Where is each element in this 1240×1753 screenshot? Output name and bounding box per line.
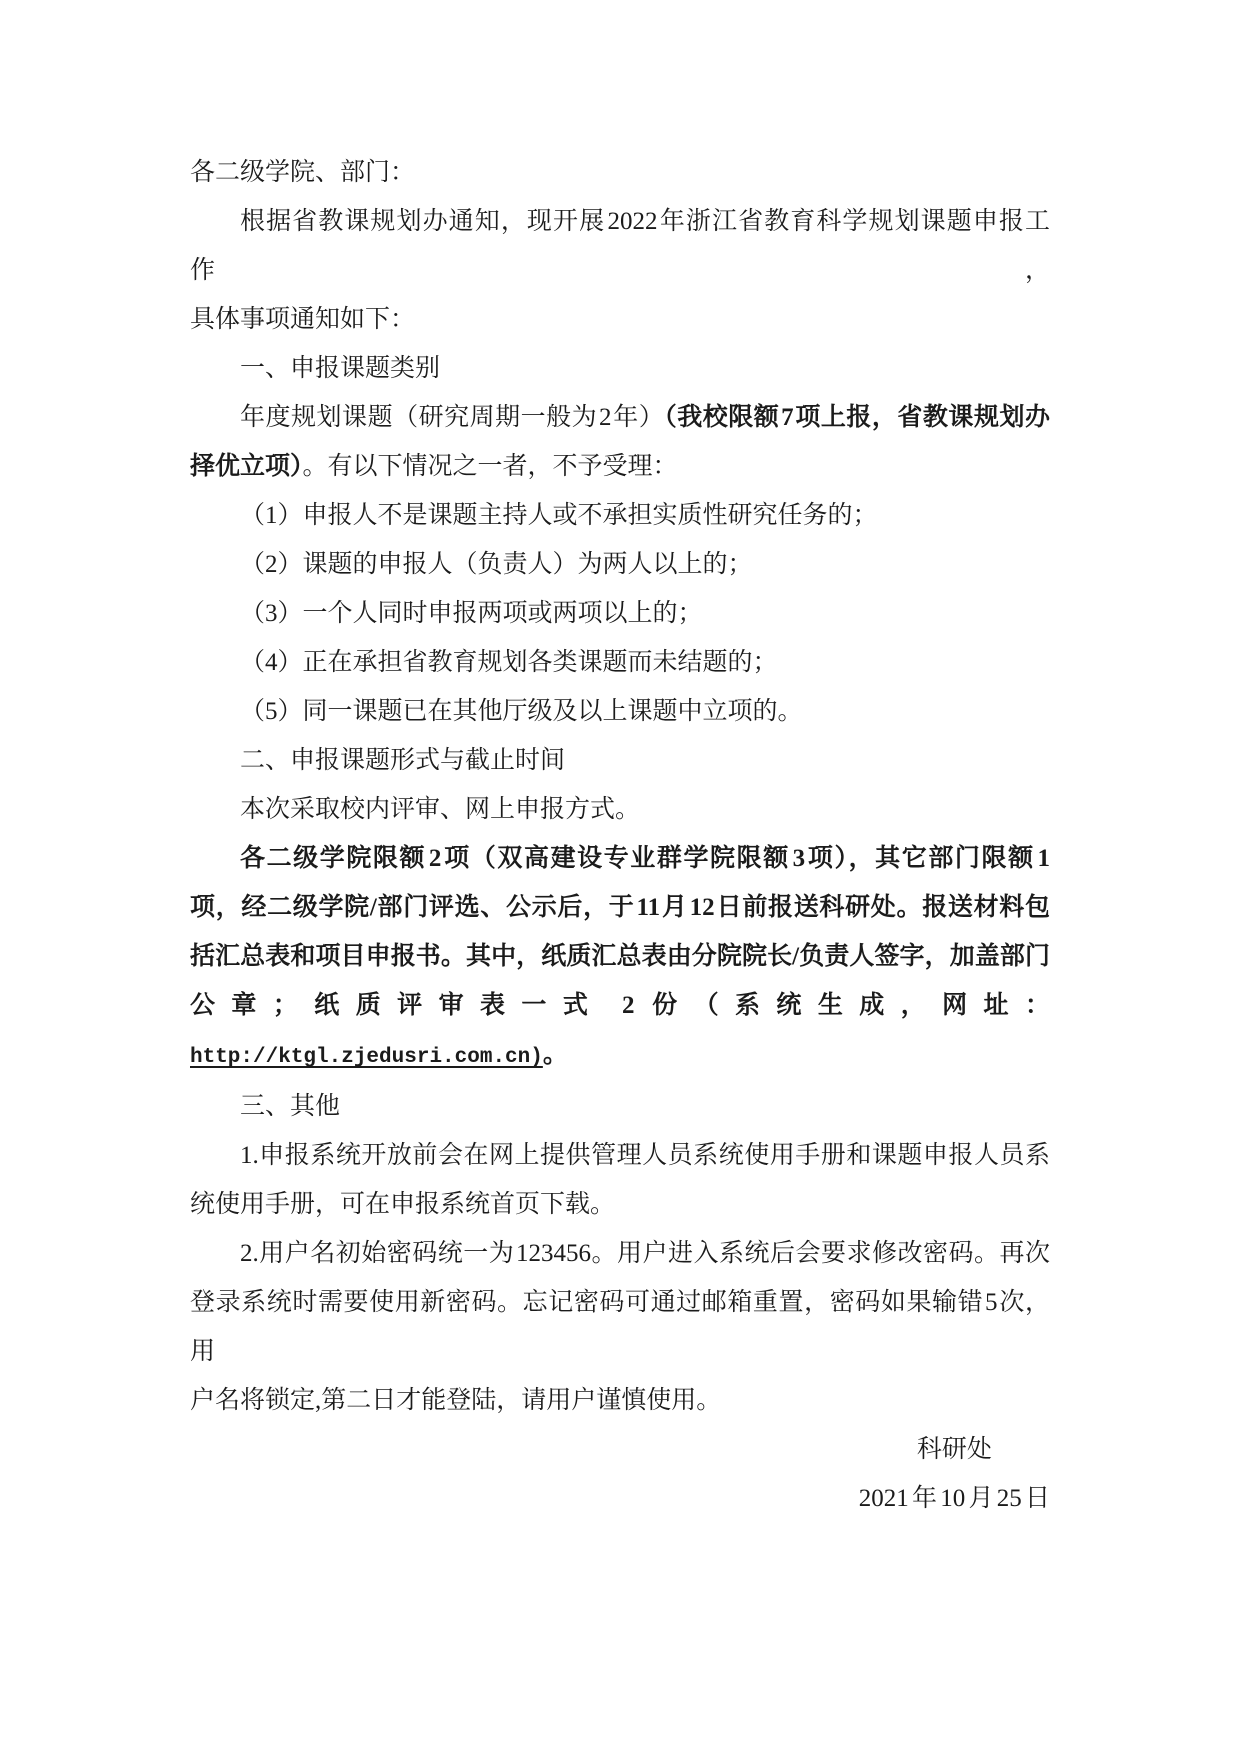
section2-heading: 二、申报课题形式与截止时间 bbox=[190, 736, 1050, 785]
section3-item2-line-2: 登录系统时需要使用新密码。忘记密码可通过邮箱重置，密码如果输错 5 次，用 bbox=[190, 1278, 1050, 1376]
section3-item2-line-3: 户名将锁定,第二日才能登陆，请用户谨慎使用。 bbox=[190, 1376, 1050, 1425]
section3-heading: 三、其他 bbox=[190, 1082, 1050, 1131]
section1-lead-regular: 年度规划课题（研究周期一般为 2 年） bbox=[240, 404, 664, 431]
section3-item1-line-2: 统使用手册，可在申报系统首页下载。 bbox=[190, 1180, 1050, 1229]
section1-item-4: （4）正在承担省教育规划各类课题而未结题的； bbox=[190, 638, 1050, 687]
section2-quota-line-3: 括汇总表和项目申报书。其中，纸质汇总表由分院院长/负责人签字，加盖部门 bbox=[190, 932, 1050, 981]
section1-lead-line-2: 择优立项）。有以下情况之一者，不予受理： bbox=[190, 442, 1050, 491]
section2-quota-closing: 。 bbox=[543, 1041, 568, 1068]
section1-lead-tail: 。有以下情况之一者，不予受理： bbox=[303, 453, 678, 480]
section1-lead-line-1: 年度规划课题（研究周期一般为 2 年）（我校限额 7 项上报，省教课规划办 bbox=[190, 393, 1050, 442]
salutation-line: 各二级学院、部门： bbox=[190, 148, 1050, 197]
section3-item2-line-1: 2.用户名初始密码统一为 123456。用户进入系统后会要求修改密码。再次 bbox=[190, 1229, 1050, 1278]
signature-department: 科研处 bbox=[859, 1425, 1050, 1474]
application-system-url-link[interactable]: http://ktgl.zjedusri.com.cn) bbox=[190, 1046, 543, 1069]
section2-quota-line-1: 各二级学院限额 2 项（双高建设专业群学院限额 3 项），其它部门限额 1 bbox=[190, 834, 1050, 883]
signature-date: 2021 年 10 月 25 日 bbox=[859, 1474, 1050, 1523]
section2-quota-url-label: 公章；纸质评审表一式 2 份（系统生成，网址： bbox=[190, 992, 1050, 1019]
intro-line-2: 具体事项通知如下： bbox=[190, 295, 1050, 344]
section1-item-2: （2）课题的申报人（负责人）为两人以上的； bbox=[190, 540, 1050, 589]
section1-lead-bold-part2: 择优立项） bbox=[190, 453, 303, 480]
signature-block: 科研处 2021 年 10 月 25 日 bbox=[859, 1425, 1050, 1523]
section2-quota-line-4: 公章；纸质评审表一式 2 份（系统生成，网址：http://ktgl.zjedu… bbox=[190, 981, 1050, 1082]
section3-item1-line-1: 1.申报系统开放前会在网上提供管理人员系统使用手册和课题申报人员系 bbox=[190, 1131, 1050, 1180]
section1-lead-bold-part1: （我校限额 7 项上报，省教课规划办 bbox=[664, 404, 1050, 431]
section1-item-5: （5）同一课题已在其他厅级及以上课题中立项的。 bbox=[190, 687, 1050, 736]
intro-line-1: 根据省教课规划办通知，现开展 2022 年浙江省教育科学规划课题申报工作， bbox=[190, 197, 1050, 295]
document-page: 各二级学院、部门： 根据省教课规划办通知，现开展 2022 年浙江省教育科学规划… bbox=[0, 0, 1240, 1753]
section1-item-3: （3）一个人同时申报两项或两项以上的； bbox=[190, 589, 1050, 638]
section1-item-1: （1）申报人不是课题主持人或不承担实质性研究任务的； bbox=[190, 491, 1050, 540]
section2-quota-line-2: 项，经二级学院/部门评选、公示后，于 11 月 12 日前报送科研处。报送材料包 bbox=[190, 883, 1050, 932]
section1-heading: 一、申报课题类别 bbox=[190, 344, 1050, 393]
section2-method-line: 本次采取校内评审、网上申报方式。 bbox=[190, 785, 1050, 834]
